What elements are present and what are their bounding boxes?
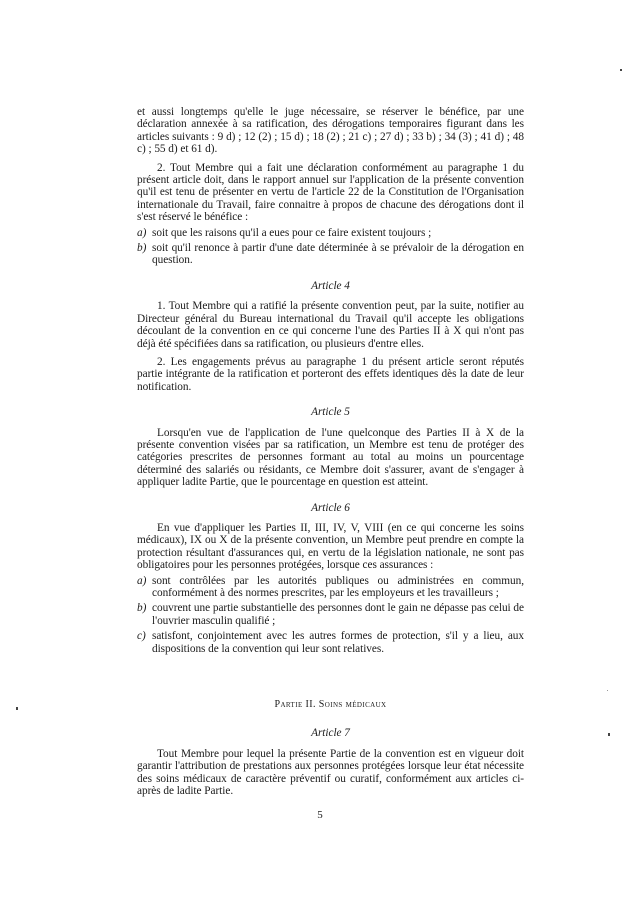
list-marker: b) [137, 242, 152, 267]
part-heading: Partie II. Soins médicaux [137, 699, 524, 711]
article7-heading: Article 7 [137, 727, 524, 739]
list-marker: c) [137, 630, 152, 655]
list-item-text: soit que les raisons qu'il a eues pour c… [152, 227, 524, 239]
list-item-a: a) soit que les raisons qu'il a eues pou… [137, 227, 524, 239]
article5-paragraph: Lorsqu'en vue de l'application de l'une … [137, 427, 524, 489]
list-item-text: sont contrôlées par les autorités publiq… [152, 575, 524, 600]
document-page: et aussi longtemps qu'elle le juge néces… [137, 106, 524, 797]
list-item-b: b) soit qu'il renonce à partir d'une dat… [137, 242, 524, 267]
list-marker: b) [137, 602, 152, 627]
list-item-c: c) satisfont, conjointement avec les aut… [137, 630, 524, 655]
article5-heading: Article 5 [137, 406, 524, 418]
list-item-text: satisfont, conjointement avec les autres… [152, 630, 524, 655]
article6-intro: En vue d'appliquer les Parties II, III, … [137, 522, 524, 572]
article4-paragraph-1: 1. Tout Membre qui a ratifié la présente… [137, 300, 524, 350]
list-item-text: soit qu'il renonce à partir d'une date d… [152, 242, 524, 267]
article3-paragraph-2: 2. Tout Membre qui a fait une déclaratio… [137, 162, 524, 224]
list-item-text: couvrent une partie substantielle des pe… [152, 602, 524, 627]
article6-heading: Article 6 [137, 502, 524, 514]
list-item-a: a) sont contrôlées par les autorités pub… [137, 575, 524, 600]
article7-paragraph: Tout Membre pour lequel la présente Part… [137, 748, 524, 798]
scan-speck [608, 733, 610, 736]
page-number: 5 [0, 809, 640, 821]
list-marker: a) [137, 575, 152, 600]
scan-speck [16, 707, 18, 710]
scan-speck [607, 690, 608, 691]
list-item-b: b) couvrent une partie substantielle des… [137, 602, 524, 627]
scan-speck [620, 69, 622, 71]
continuation-paragraph: et aussi longtemps qu'elle le juge néces… [137, 106, 524, 156]
article4-paragraph-2: 2. Les engagements prévus au paragraphe … [137, 356, 524, 393]
list-marker: a) [137, 227, 152, 239]
article4-heading: Article 4 [137, 280, 524, 292]
